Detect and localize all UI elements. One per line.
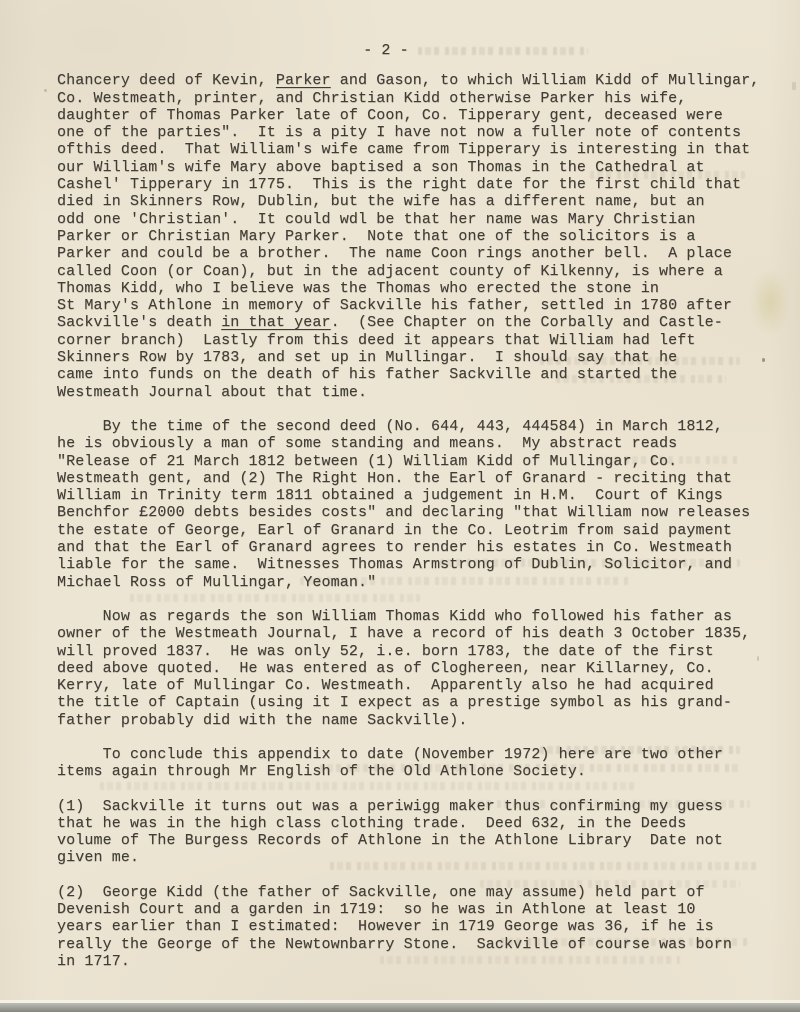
text-line: Sackville's death in that year. (See Cha…	[57, 314, 763, 331]
text-line: Westmeath gent, and (2) The Right Hon. t…	[57, 470, 763, 487]
text-line: Co. Westmeath, printer, and Christian Ki…	[57, 90, 763, 107]
text-line: corner branch) Lastly from this deed it …	[57, 332, 763, 349]
text-line: Skinners Row by 1783, and set up in Mull…	[57, 349, 763, 366]
text-line: Parker and could be a brother. The name …	[57, 245, 763, 262]
text-line: father probably did with the name Sackvi…	[57, 712, 763, 729]
text-line: To conclude this appendix to date (Novem…	[57, 746, 763, 763]
text-line: liable for the same. Witnesses Thomas Ar…	[57, 556, 763, 573]
text-line: came into funds on the death of his fath…	[57, 366, 763, 383]
text-line: the title of Captain (using it I expect …	[57, 694, 763, 711]
text-line: will proved 1837. He was only 52, i.e. b…	[57, 643, 763, 660]
text-line: Kerry, late of Mullingar Co. Westmeath. …	[57, 677, 763, 694]
paragraph: By the time of the second deed (No. 644,…	[57, 418, 763, 591]
paragraph: Chancery deed of Kevin, Parker and Gason…	[57, 72, 763, 401]
text-line: called Coon (or Coan), but in the adjace…	[57, 263, 763, 280]
ink-speck	[792, 82, 796, 90]
text-line: (1) Sackville it turns out was a periwig…	[57, 798, 763, 815]
text-line: volume of The Burgess Records of Athlone…	[57, 832, 763, 849]
text-line: given me.	[57, 849, 763, 866]
text-line: items again through Mr English of the Ol…	[57, 763, 763, 780]
text-line: Chancery deed of Kevin, Parker and Gason…	[57, 72, 763, 89]
text-line: Cashel' Tipperary in 1775. This is the r…	[57, 176, 763, 193]
text-line: (2) George Kidd (the father of Sackville…	[57, 884, 763, 901]
text-line: years earlier than I estimated: However …	[57, 918, 763, 935]
text-line: Thomas Kidd, who I believe was the Thoma…	[57, 280, 763, 297]
document-page: - 2 - Chancery deed of Kevin, Parker and…	[0, 0, 800, 1012]
text-line: died in Skinners Row, Dublin, but the wi…	[57, 193, 763, 210]
text-line: Devenish Court and a garden in 1719: so …	[57, 901, 763, 918]
underlined-text: Parker	[276, 72, 331, 89]
text-line: Westmeath Journal about that time.	[57, 384, 763, 401]
text-line: By the time of the second deed (No. 644,…	[57, 418, 763, 435]
text-line: and that the Earl of Granard agrees to r…	[57, 539, 763, 556]
text-line: our William's wife Mary above baptised a…	[57, 159, 763, 176]
paragraph: To conclude this appendix to date (Novem…	[57, 746, 763, 781]
text-line: one of the parties". It is a pity I have…	[57, 124, 763, 141]
paragraph: (2) George Kidd (the father of Sackville…	[57, 884, 763, 970]
text-line: deed above quoted. He was entered as of …	[57, 660, 763, 677]
text-line: Benchfor £2000 debts besides costs" and …	[57, 504, 763, 521]
text-line: daughter of Thomas Parker late of Coon, …	[57, 107, 763, 124]
paragraph: Now as regards the son William Thomas Ki…	[57, 608, 763, 729]
scan-edge-shadow	[0, 1003, 800, 1012]
text-line: in 1717.	[57, 953, 763, 970]
text-line: that he was in the high class clothing t…	[57, 815, 763, 832]
text-line: Parker or Christian Mary Parker. Note th…	[57, 228, 763, 245]
text-line: the estate of George, Earl of Granard in…	[57, 522, 763, 539]
text-line: really the George of the Newtownbarry St…	[57, 936, 763, 953]
page-number: - 2 -	[33, 42, 739, 59]
text-line: odd one 'Christian'. It could wdl be tha…	[57, 211, 763, 228]
text-line: St Mary's Athlone in memory of Sackville…	[57, 297, 763, 314]
underlined-text: in that year	[221, 314, 330, 331]
paragraphs-container: Chancery deed of Kevin, Parker and Gason…	[57, 72, 763, 970]
text-line: William in Trinity term 1811 obtained a …	[57, 487, 763, 504]
ink-speck	[44, 89, 47, 92]
text-line: ofthis deed. That William's wife came fr…	[57, 141, 763, 158]
document-body: - 2 - Chancery deed of Kevin, Parker and…	[57, 42, 763, 987]
text-line: "Release of 21 March 1812 between (1) Wi…	[57, 453, 763, 470]
paragraph: (1) Sackville it turns out was a periwig…	[57, 798, 763, 867]
text-line: Now as regards the son William Thomas Ki…	[57, 608, 763, 625]
text-line: he is obviously a man of some standing a…	[57, 435, 763, 452]
text-line: owner of the Westmeath Journal, I have a…	[57, 625, 763, 642]
text-line: Michael Ross of Mullingar, Yeoman."	[57, 574, 763, 591]
